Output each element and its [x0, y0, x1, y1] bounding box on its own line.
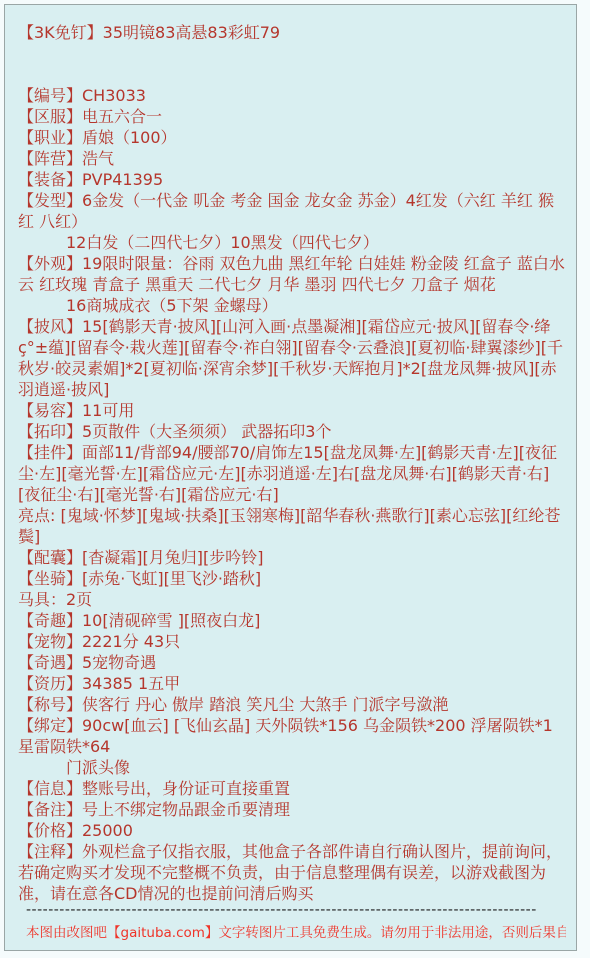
- text-line: 【装备】PVP41395: [18, 169, 566, 190]
- text-line: 【备注】号上不绑定物品跟金币要清理: [18, 799, 566, 820]
- text-line: 12白发（二四代七夕）10黑发（四代七夕）: [18, 232, 566, 253]
- dashed-separator: ----------------------------------------…: [18, 902, 548, 918]
- watermark-notice: 本图由改图吧【gaituba.com】文字转图片工具免费生成。请勿用于非法用途，…: [18, 924, 566, 942]
- text-line: 【宠物】2221分 43只: [18, 631, 566, 652]
- text-line: 【编号】CH3033: [18, 85, 566, 106]
- text-line: 【信息】整账号出，身份证可直接重置: [18, 778, 566, 799]
- text-line: 【奇遇】5宠物奇遇: [18, 652, 566, 673]
- text-line: 【称号】侠客行 丹心 傲岸 踏浪 笑凡尘 大煞手 门派字号潋滟: [18, 694, 566, 715]
- text-line: 【阵营】浩气: [18, 148, 566, 169]
- text-line: 【拓印】5页散件（大圣须须） 武器拓印3个: [18, 421, 566, 442]
- text-line: 【坐骑】[赤兔·飞虹][里飞沙·踏秋]: [18, 568, 566, 589]
- text-line: 【区服】电五六合一: [18, 106, 566, 127]
- text-image-page: 【3K免钉】35明镜83高悬83彩虹79【编号】CH3033【区服】电五六合一【…: [0, 0, 590, 958]
- text-line: 【挂件】面部11/背部94/腰部70/肩饰左15[盘龙凤舞·左][鹤影天青·左]…: [18, 442, 566, 505]
- text-line: 【发型】6金发（一代金 叽金 考金 国金 龙女金 苏金）4红发（六红 羊红 猴红…: [18, 190, 566, 232]
- text-line: 16商城成衣（5下架 金螺母）: [18, 295, 566, 316]
- text-line: 【注释】外观栏盒子仅指衣服，其他盒子各部件请自行确认图片，提前询问，若确定购买才…: [18, 841, 566, 904]
- text-line: 【配囊】[杳凝霜][月兔归][步吟铃]: [18, 547, 566, 568]
- text-line: 门派头像: [18, 757, 566, 778]
- text-line: [18, 64, 566, 85]
- listing-text: 【3K免钉】35明镜83高悬83彩虹79【编号】CH3033【区服】电五六合一【…: [18, 22, 566, 904]
- text-line: [18, 43, 566, 64]
- watermark-footer: ----------------------------------------…: [18, 902, 566, 942]
- text-line: 【绑定】90cw[血云] [飞仙玄晶] 天外陨铁*156 乌金陨铁*200 浮屠…: [18, 715, 566, 757]
- text-line: 【外观】19限时限量：谷雨 双色九曲 黑红年轮 白娃娃 粉金陵 红盒子 蓝白水云…: [18, 253, 566, 295]
- text-line: 【资历】34385 1五甲: [18, 673, 566, 694]
- text-line: 【职业】盾娘（100）: [18, 127, 566, 148]
- text-line: 【披风】15[鹤影天青·披风][山河入画·点墨凝湘][霜岱应元·披风][留春令·…: [18, 316, 566, 400]
- text-line: 亮点: [鬼域·怀梦][鬼域·扶桑][玉翎寒梅][韶华春秋·燕歌行][素心忘弦]…: [18, 505, 566, 547]
- content-frame: 【3K免钉】35明镜83高悬83彩虹79【编号】CH3033【区服】电五六合一【…: [4, 4, 577, 951]
- text-line: 【3K免钉】35明镜83高悬83彩虹79: [18, 22, 566, 43]
- text-line: 【奇趣】10[清砚碎雪 ][照夜白龙]: [18, 610, 566, 631]
- text-line: 【价格】25000: [18, 820, 566, 841]
- text-line: 【易容】11可用: [18, 400, 566, 421]
- text-line: 马具：2页: [18, 589, 566, 610]
